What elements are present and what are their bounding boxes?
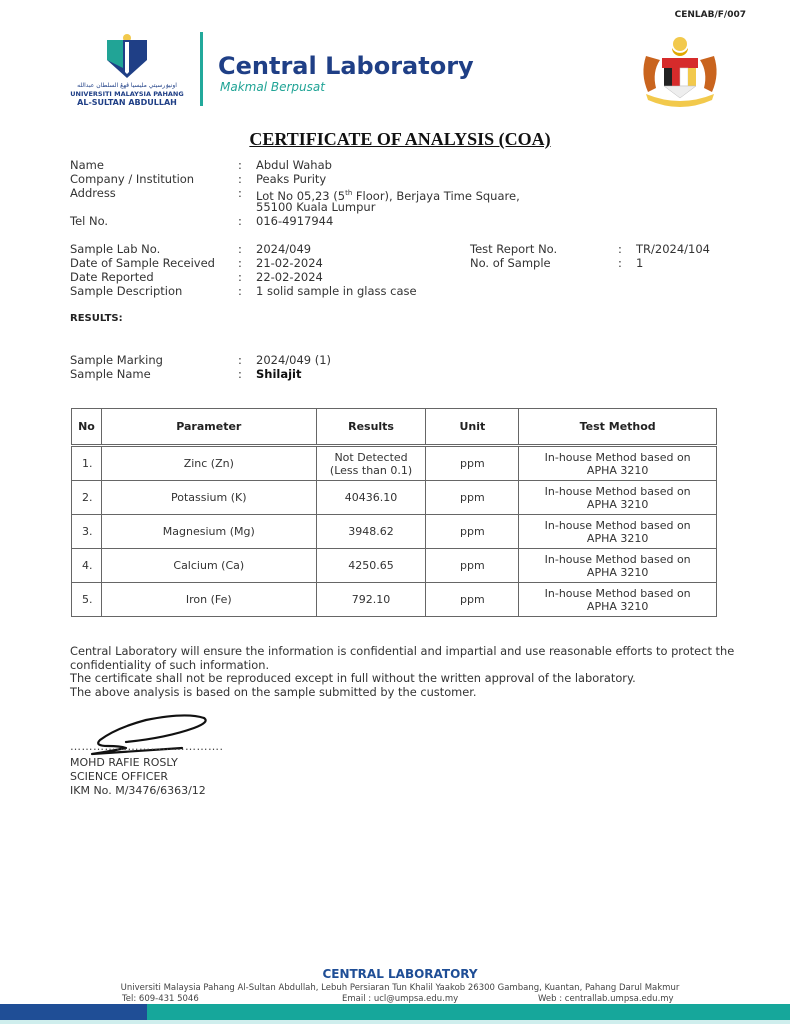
- document-title: CERTIFICATE OF ANALYSIS (COA): [0, 129, 790, 150]
- cell-test-method: In-house Method based onAPHA 3210: [519, 515, 717, 549]
- method-line2: APHA 3210: [519, 532, 716, 545]
- separator: :: [618, 242, 622, 256]
- result-line1: 792.10: [317, 593, 426, 606]
- cell-unit: ppm: [426, 481, 519, 515]
- tel-label: Tel No.: [70, 214, 108, 228]
- footer-address: Universiti Malaysia Pahang Al-Sultan Abd…: [0, 983, 790, 993]
- cell-unit: ppm: [426, 583, 519, 617]
- num-samples-value: 1: [636, 256, 643, 270]
- report-no-label: Test Report No.: [470, 242, 557, 256]
- company-label: Company / Institution: [70, 172, 194, 186]
- description-label: Sample Description: [70, 284, 182, 298]
- university-name-line2: AL-SULTAN ABDULLAH: [70, 99, 184, 107]
- separator: :: [238, 256, 242, 270]
- cell-no: 5.: [72, 583, 102, 617]
- cell-unit: ppm: [426, 446, 519, 481]
- cell-parameter: Iron (Fe): [101, 583, 316, 617]
- method-line2: APHA 3210: [519, 566, 716, 579]
- received-value: 21-02-2024: [256, 256, 323, 270]
- cell-test-method: In-house Method based onAPHA 3210: [519, 583, 717, 617]
- header-results: Results: [316, 409, 426, 446]
- reported-row: Date Reported : 22-02-2024: [0, 270, 790, 284]
- address-row-2: 55100 Kuala Lumpur: [0, 200, 790, 214]
- sample-name-row: Sample Name : Shilajit: [0, 367, 790, 381]
- separator: :: [238, 214, 242, 228]
- cell-result: 792.10: [316, 583, 426, 617]
- disclaimer-line: Central Laboratory will ensure the infor…: [70, 645, 740, 672]
- sample-name-value: Shilajit: [256, 367, 302, 381]
- cell-no: 3.: [72, 515, 102, 549]
- result-line1: 40436.10: [317, 491, 426, 504]
- cell-result: 3948.62: [316, 515, 426, 549]
- method-line1: In-house Method based on: [519, 553, 716, 566]
- cell-result: Not Detected(Less than 0.1): [316, 446, 426, 481]
- separator: :: [238, 284, 242, 298]
- cell-parameter: Zinc (Zn): [101, 446, 316, 481]
- separator: :: [238, 270, 242, 284]
- footer-bar-blue: [0, 1004, 147, 1020]
- received-label: Date of Sample Received: [70, 256, 215, 270]
- method-line1: In-house Method based on: [519, 519, 716, 532]
- university-logo: اونيۏرسيتي مليسيا ڤهڠ السلطان عبدالله UN…: [70, 32, 184, 112]
- university-name-arabic: اونيۏرسيتي مليسيا ڤهڠ السلطان عبدالله: [70, 83, 184, 89]
- disclaimer: Central Laboratory will ensure the infor…: [70, 645, 740, 699]
- footer-email[interactable]: Email : ucl@umpsa.edu.my: [342, 994, 458, 1004]
- separator: :: [618, 256, 622, 270]
- cell-unit: ppm: [426, 515, 519, 549]
- marking-label: Sample Marking: [70, 353, 163, 367]
- cell-result: 4250.65: [316, 549, 426, 583]
- results-heading: RESULTS:: [70, 313, 123, 324]
- marking-row: Sample Marking : 2024/049 (1): [0, 353, 790, 367]
- name-row: Name : Abdul Wahab: [0, 158, 790, 172]
- table-row: 3.Magnesium (Mg)3948.62ppmIn-house Metho…: [72, 515, 717, 549]
- lab-no-label: Sample Lab No.: [70, 242, 160, 256]
- marking-value: 2024/049 (1): [256, 353, 331, 367]
- header-parameter: Parameter: [101, 409, 316, 446]
- table-header-row: No Parameter Results Unit Test Method: [72, 409, 717, 446]
- lab-subtitle: Makmal Berpusat: [220, 80, 325, 94]
- cell-parameter: Magnesium (Mg): [101, 515, 316, 549]
- separator: :: [238, 367, 242, 381]
- description-row: Sample Description : 1 solid sample in g…: [0, 284, 790, 298]
- description-value: 1 solid sample in glass case: [256, 284, 417, 298]
- footer-title: CENTRAL LABORATORY: [0, 967, 790, 981]
- address-line2: 55100 Kuala Lumpur: [256, 200, 375, 214]
- university-shield-icon: [70, 32, 184, 80]
- reported-label: Date Reported: [70, 270, 154, 284]
- lab-no-value: 2024/049: [256, 242, 311, 256]
- cell-no: 2.: [72, 481, 102, 515]
- cell-result: 40436.10: [316, 481, 426, 515]
- form-code: CENLAB/F/007: [675, 10, 746, 20]
- company-row: Company / Institution : Peaks Purity: [0, 172, 790, 186]
- name-value: Abdul Wahab: [256, 158, 332, 172]
- method-line1: In-house Method based on: [519, 451, 716, 464]
- company-value: Peaks Purity: [256, 172, 326, 186]
- method-line1: In-house Method based on: [519, 587, 716, 600]
- address-row: Address : Lot No 05,23 (5th Floor), Berj…: [0, 186, 790, 200]
- lab-title: Central Laboratory: [218, 52, 474, 80]
- method-line2: APHA 3210: [519, 464, 716, 477]
- disclaimer-line: The certificate shall not be reproduced …: [70, 672, 740, 686]
- results-table: No Parameter Results Unit Test Method 1.…: [71, 408, 717, 617]
- separator: :: [238, 186, 242, 200]
- table-row: 5.Iron (Fe)792.10ppmIn-house Method base…: [72, 583, 717, 617]
- signatory-name: MOHD RAFIE ROSLY: [70, 756, 206, 770]
- separator: :: [238, 158, 242, 172]
- signatory-title: SCIENCE OFFICER: [70, 770, 206, 784]
- received-row: Date of Sample Received : 21-02-2024 No.…: [0, 256, 790, 270]
- num-samples-label: No. of Sample: [470, 256, 551, 270]
- cell-parameter: Potassium (K): [101, 481, 316, 515]
- university-name-line1: UNIVERSITI MALAYSIA PAHANG: [70, 91, 184, 98]
- result-line1: Not Detected: [317, 451, 426, 464]
- sample-name-label: Sample Name: [70, 367, 151, 381]
- report-no-value: TR/2024/104: [636, 242, 710, 256]
- footer-web[interactable]: Web : centrallab.umpsa.edu.my: [538, 994, 674, 1004]
- lab-no-row: Sample Lab No. : 2024/049 Test Report No…: [0, 242, 790, 256]
- cell-no: 4.: [72, 549, 102, 583]
- table-row: 4.Calcium (Ca)4250.65ppmIn-house Method …: [72, 549, 717, 583]
- cell-unit: ppm: [426, 549, 519, 583]
- header-no: No: [72, 409, 102, 446]
- coat-of-arms-icon: [638, 34, 722, 110]
- header-unit: Unit: [426, 409, 519, 446]
- name-label: Name: [70, 158, 104, 172]
- signatory-ikm: IKM No. M/3476/6363/12: [70, 784, 206, 798]
- cell-test-method: In-house Method based onAPHA 3210: [519, 549, 717, 583]
- table-row: 2.Potassium (K)40436.10ppmIn-house Metho…: [72, 481, 717, 515]
- footer-bar-light: [0, 1020, 790, 1024]
- footer-bar-teal: [147, 1004, 790, 1020]
- reported-value: 22-02-2024: [256, 270, 323, 284]
- separator: :: [238, 172, 242, 186]
- disclaimer-line: The above analysis is based on the sampl…: [70, 686, 740, 700]
- footer-tel: Tel: 609-431 5046: [122, 994, 199, 1004]
- signature-line: ………………………………….: [70, 740, 224, 753]
- cell-test-method: In-house Method based onAPHA 3210: [519, 446, 717, 481]
- address-label: Address: [70, 186, 116, 200]
- result-line1: 4250.65: [317, 559, 426, 572]
- method-line2: APHA 3210: [519, 498, 716, 511]
- tel-value: 016-4917944: [256, 214, 333, 228]
- cell-parameter: Calcium (Ca): [101, 549, 316, 583]
- method-line2: APHA 3210: [519, 600, 716, 613]
- header-test-method: Test Method: [519, 409, 717, 446]
- result-line2: (Less than 0.1): [317, 464, 426, 477]
- table-row: 1.Zinc (Zn)Not Detected(Less than 0.1)pp…: [72, 446, 717, 481]
- cell-no: 1.: [72, 446, 102, 481]
- separator: :: [238, 242, 242, 256]
- tel-row: Tel No. : 016-4917944: [0, 214, 790, 228]
- header-divider: [200, 32, 203, 106]
- coat-of-arms: [638, 34, 722, 110]
- separator: :: [238, 353, 242, 367]
- result-line1: 3948.62: [317, 525, 426, 538]
- cell-test-method: In-house Method based onAPHA 3210: [519, 481, 717, 515]
- method-line1: In-house Method based on: [519, 485, 716, 498]
- signatory-block: MOHD RAFIE ROSLY SCIENCE OFFICER IKM No.…: [70, 756, 206, 798]
